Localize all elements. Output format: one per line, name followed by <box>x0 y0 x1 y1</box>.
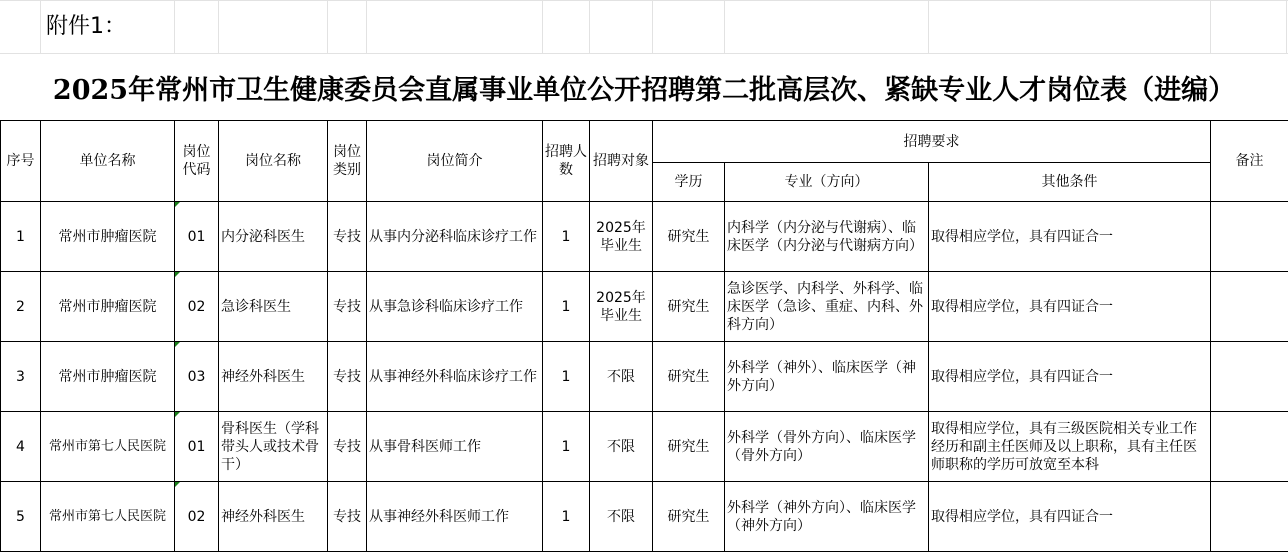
cell-unit-name: 常州市第七人民医院 <box>41 412 175 482</box>
cell-post-code: 02 <box>175 482 219 552</box>
cell-remarks <box>1211 412 1288 482</box>
cell-seq: 4 <box>1 412 41 482</box>
cell-hire-count: 1 <box>543 202 590 272</box>
header-major: 专业（方向） <box>725 163 929 202</box>
cell-major: 外科学（神外方向）、临床医学（神外方向） <box>725 482 929 552</box>
cell-education: 研究生 <box>653 272 725 342</box>
header-other: 其他条件 <box>929 163 1211 202</box>
cell-remarks <box>1211 272 1288 342</box>
header-remarks: 备注 <box>1211 121 1288 202</box>
cell-hire-target: 不限 <box>590 482 653 552</box>
cell-other: 取得相应学位，具有三级医院相关专业工作经历和副主任医师及以上职称，具有主任医师职… <box>929 412 1211 482</box>
cell-post-name: 急诊科医生 <box>219 272 328 342</box>
cell-unit-name: 常州市肿瘤医院 <box>41 342 175 412</box>
cell-other: 取得相应学位，具有四证合一 <box>929 342 1211 412</box>
header-post-name: 岗位名称 <box>219 121 328 202</box>
cell-other: 取得相应学位，具有四证合一 <box>929 482 1211 552</box>
cell-post-desc: 从事内分泌科临床诊疗工作 <box>367 202 543 272</box>
cell-education: 研究生 <box>653 412 725 482</box>
header-post-code: 岗位代码 <box>175 121 219 202</box>
cell-post-code: 01 <box>175 412 219 482</box>
cell-education: 研究生 <box>653 202 725 272</box>
cell-seq: 5 <box>1 482 41 552</box>
cell-post-name: 神经外科医生 <box>219 342 328 412</box>
cell-post-type: 专技 <box>328 342 367 412</box>
cell-major: 外科学（骨外方向）、临床医学（骨外方向） <box>725 412 929 482</box>
cell-education: 研究生 <box>653 482 725 552</box>
cell-unit-name: 常州市肿瘤医院 <box>41 272 175 342</box>
header-education: 学历 <box>653 163 725 202</box>
cell-post-code: 01 <box>175 202 219 272</box>
job-table: 序号 单位名称 岗位代码 岗位名称 岗位类别 岗位简介 招聘人数 招聘对象 招聘… <box>0 120 1288 552</box>
header-post-desc: 岗位简介 <box>367 121 543 202</box>
cell-hire-target: 不限 <box>590 412 653 482</box>
header-post-type: 岗位类别 <box>328 121 367 202</box>
cell-major: 急诊医学、内科学、外科学、临床医学（急诊、重症、内科、外科方向） <box>725 272 929 342</box>
header-unit-name: 单位名称 <box>41 121 175 202</box>
cell-post-type: 专技 <box>328 482 367 552</box>
cell-hire-count: 1 <box>543 482 590 552</box>
cell-hire-target: 不限 <box>590 342 653 412</box>
cell-seq: 2 <box>1 272 41 342</box>
cell-hire-target: 2025年毕业生 <box>590 202 653 272</box>
cell-hire-count: 1 <box>543 412 590 482</box>
cell-post-type: 专技 <box>328 272 367 342</box>
cell-remarks <box>1211 202 1288 272</box>
cell-post-desc: 从事神经外科临床诊疗工作 <box>367 342 543 412</box>
table-row: 3 常州市肿瘤医院 03 神经外科医生 专技 从事神经外科临床诊疗工作 1 不限… <box>1 342 1288 412</box>
cell-post-type: 专技 <box>328 202 367 272</box>
cell-post-name: 骨科医生（学科带头人或技术骨干） <box>219 412 328 482</box>
cell-post-desc: 从事急诊科临床诊疗工作 <box>367 272 543 342</box>
cell-unit-name: 常州市肿瘤医院 <box>41 202 175 272</box>
cell-hire-count: 1 <box>543 272 590 342</box>
cell-post-type: 专技 <box>328 412 367 482</box>
table-row: 4 常州市第七人民医院 01 骨科医生（学科带头人或技术骨干） 专技 从事骨科医… <box>1 412 1288 482</box>
header-requirements: 招聘要求 <box>653 121 1211 163</box>
cell-post-code: 03 <box>175 342 219 412</box>
header-row: 序号 单位名称 岗位代码 岗位名称 岗位类别 岗位简介 招聘人数 招聘对象 招聘… <box>1 121 1288 163</box>
cell-remarks <box>1211 342 1288 412</box>
cell-seq: 1 <box>1 202 41 272</box>
table-row: 5 常州市第七人民医院 02 神经外科医生 专技 从事神经外科医师工作 1 不限… <box>1 482 1288 552</box>
annex-label: 附件1： <box>46 12 126 42</box>
cell-other: 取得相应学位，具有四证合一 <box>929 202 1211 272</box>
cell-post-name: 神经外科医生 <box>219 482 328 552</box>
cell-post-code: 02 <box>175 272 219 342</box>
cell-other: 取得相应学位，具有四证合一 <box>929 272 1211 342</box>
cell-major: 内科学（内分泌与代谢病）、临床医学（内分泌与代谢病方向） <box>725 202 929 272</box>
cell-remarks <box>1211 482 1288 552</box>
cell-post-name: 内分泌科医生 <box>219 202 328 272</box>
page-title: 2025年常州市卫生健康委员会直属事业单位公开招聘第二批高层次、紧缺专业人才岗位… <box>0 54 1288 120</box>
header-hire-target: 招聘对象 <box>590 121 653 202</box>
cell-education: 研究生 <box>653 342 725 412</box>
cell-major: 外科学（神外）、临床医学（神外方向） <box>725 342 929 412</box>
cell-hire-target: 2025年毕业生 <box>590 272 653 342</box>
cell-seq: 3 <box>1 342 41 412</box>
cell-post-desc: 从事神经外科医师工作 <box>367 482 543 552</box>
table-row: 1 常州市肿瘤医院 01 内分泌科医生 专技 从事内分泌科临床诊疗工作 1 20… <box>1 202 1288 272</box>
header-seq: 序号 <box>1 121 41 202</box>
cell-unit-name: 常州市第七人民医院 <box>41 482 175 552</box>
cell-hire-count: 1 <box>543 342 590 412</box>
cell-post-desc: 从事骨科医师工作 <box>367 412 543 482</box>
table-row: 2 常州市肿瘤医院 02 急诊科医生 专技 从事急诊科临床诊疗工作 1 2025… <box>1 272 1288 342</box>
header-hire-count: 招聘人数 <box>543 121 590 202</box>
